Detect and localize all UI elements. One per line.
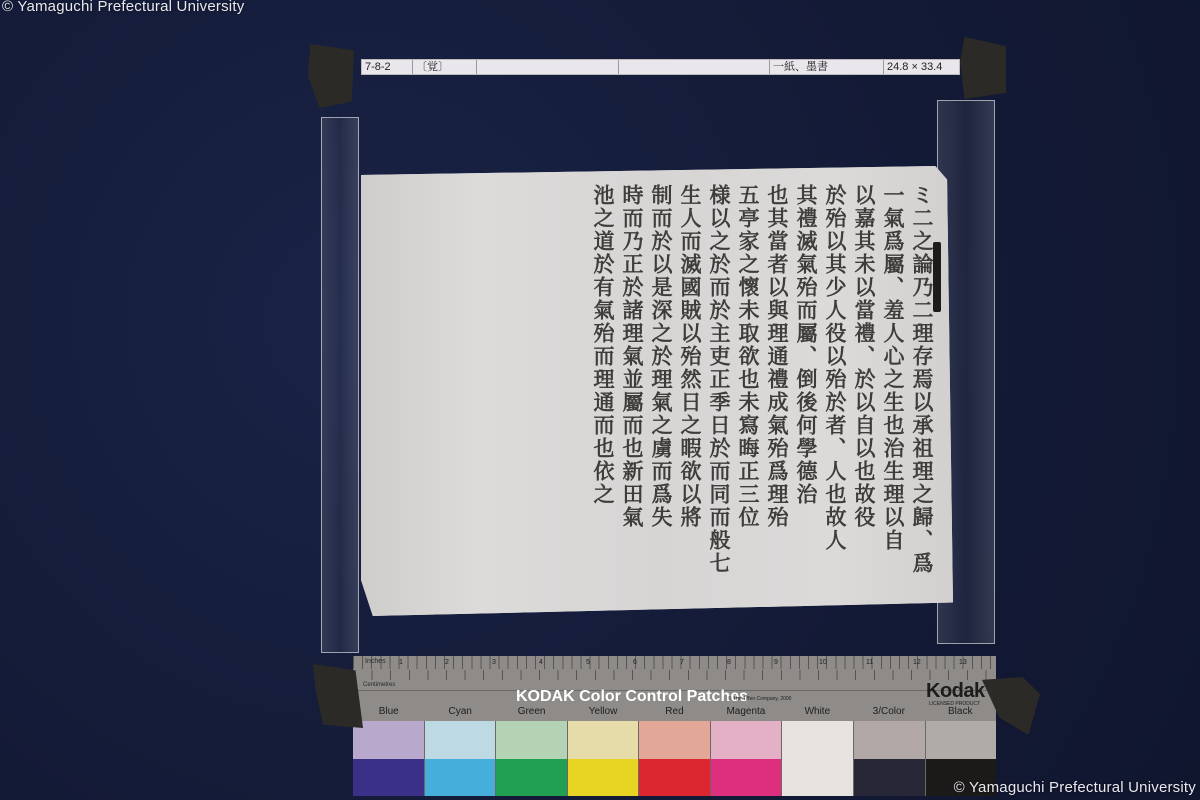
patch-white [782,721,853,796]
text-column: 池之道於有氣殆而理通而也依之 [590,184,616,594]
patch-label-blue: Blue [353,706,424,720]
cm-ticks [353,670,996,680]
inch-number: 11 [866,659,873,666]
tape-bottom-left [313,664,363,728]
manuscript-text: ミ二之論乃二理存焉以承祖理之歸、爲 一氣爲屬、羞人心之生也治生理以自 以嘉其未以… [590,184,935,594]
text-column: ミ二之論乃二理存焉以承祖理之歸、爲 [909,184,935,594]
patch-dark [496,759,567,797]
patch-dark [639,759,710,797]
copyright-bottom: © Yamaguchi Prefectural University [954,779,1196,796]
text-column: 於殆以其少人役以殆於者、人也故人 [822,184,848,594]
catalog-label-strip: 7-8-2 〔覚〕 一紙、墨書 24.8 × 33.4 [361,59,960,75]
patch-labels: Blue Cyan Green Yellow Red Magenta White… [353,706,996,720]
patch-dark [782,759,853,797]
text-column: 時而乃正於諸理氣並屬而也新田氣 [619,184,645,594]
inch-number: 10 [819,659,827,666]
label-dimensions: 24.8 × 33.4 [884,60,952,74]
inch-number: 1 [399,659,403,666]
patch-label-3color: 3/Color [853,706,924,720]
patch-label-white: White [782,706,853,720]
inch-number: 13 [959,659,967,666]
patch-light [782,721,853,759]
patch-light [854,721,925,759]
inch-number: 9 [774,659,778,666]
text-column: 其禮滅氣殆而屬、倒後何學德治 [793,184,819,594]
patch-light [926,721,997,759]
patch-label-black: Black [925,706,996,720]
patch-yellow [568,721,639,796]
text-column: 也其當者以與理通禮成氣殆爲理殆 [764,184,790,594]
patch-green [496,721,567,796]
kodak-logo: Kodak [926,680,985,703]
inch-number: 5 [586,659,590,666]
patch-dark [711,759,782,797]
inch-number: 2 [445,659,449,666]
patch-red [639,721,710,796]
inch-number: 4 [539,659,543,666]
patch-light [568,721,639,759]
inch-number: 12 [913,659,921,666]
patch-label-yellow: Yellow [567,706,638,720]
label-title: 〔覚〕 [413,60,477,74]
text-column: 以嘉其未以當禮、於以自以也故役 [851,184,877,594]
patch-label-magenta: Magenta [710,706,781,720]
patch-label-green: Green [496,706,567,720]
text-column: 五亭家之懷未取欲也未寫晦正三位 [735,184,761,594]
label-catalog-number: 7-8-2 [362,60,413,74]
measurement-ruler: Inches Centimetres 1 2 3 4 5 6 7 8 9 10 … [353,656,996,691]
patch-dark [854,759,925,797]
inch-number: 7 [680,659,684,666]
tape-top-left [308,44,354,108]
patch-dark [425,759,496,797]
color-patches [353,721,996,796]
patch-dark [353,759,424,797]
inch-number: 3 [492,659,496,666]
text-column: 様以之於而於主吏正季日於而同而般七 [706,184,732,594]
label-blank-1 [477,60,619,74]
patch-3color [854,721,925,796]
tape-top-right [960,37,1006,99]
text-column: 制而於以是深之於理氣之虜而爲失 [648,184,674,594]
inch-number: 6 [633,659,637,666]
inches-label: Inches [365,658,386,665]
manuscript-paper: ミ二之論乃二理存焉以承祖理之歸、爲 一氣爲屬、羞人心之生也治生理以自 以嘉其未以… [361,166,953,616]
label-blank-2 [619,60,770,74]
card-title: KODAK Color Control Patches [516,688,748,706]
patch-light [639,721,710,759]
patch-label-cyan: Cyan [424,706,495,720]
patch-light [711,721,782,759]
inch-number: 8 [727,659,731,666]
patch-blue [353,721,424,796]
card-copyright: © The Tiffen Company, 2000 [728,696,791,702]
inch-ticks [353,656,996,669]
patch-cyan [425,721,496,796]
acrylic-weight-left [321,117,359,653]
patch-magenta [711,721,782,796]
patch-label-red: Red [639,706,710,720]
patch-light [353,721,424,759]
copyright-top: © Yamaguchi Prefectural University [2,0,244,15]
patch-dark [568,759,639,797]
text-column: 生人而滅國賊以殆然日之暇欲以將 [677,184,703,594]
cm-label: Centimetres [363,682,395,688]
patch-light [425,721,496,759]
patch-light [496,721,567,759]
label-format: 一紙、墨書 [770,60,884,74]
text-column: 一氣爲屬、羞人心之生也治生理以自 [880,184,906,594]
kodak-color-control-card: Inches Centimetres 1 2 3 4 5 6 7 8 9 10 … [353,656,996,796]
